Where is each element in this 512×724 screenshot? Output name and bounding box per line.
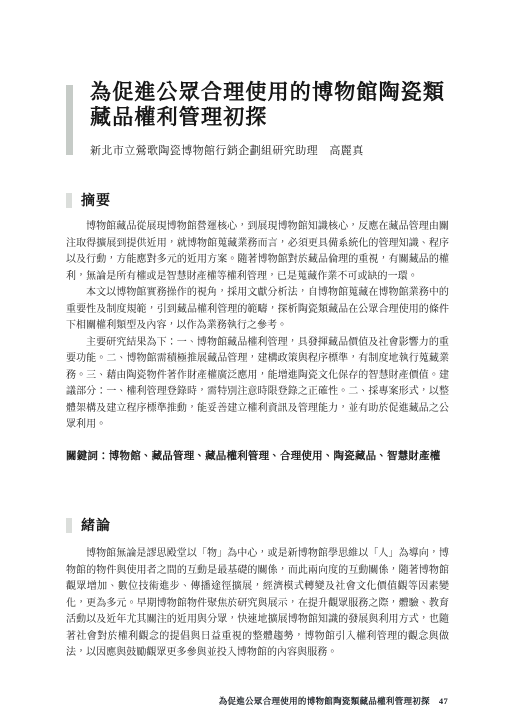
abstract-section-heading: 摘要	[66, 190, 111, 210]
footer-page-number: 47	[439, 696, 448, 706]
paper-page: 為促進公眾合理使用的博物館陶瓷類 藏品權利管理初探 新北市立鶯歌陶瓷博物館行銷企…	[0, 0, 512, 724]
intro-body: 博物館無論是謬思殿堂以「物」為中心，或是新博物館學思維以「人」為導向，博物館的物…	[66, 546, 449, 662]
abstract-heading-text: 摘要	[81, 190, 111, 210]
title-block: 為促進公眾合理使用的博物館陶瓷類 藏品權利管理初探 新北市立鶯歌陶瓷博物館行銷企…	[90, 80, 460, 158]
abstract-paragraph-2: 本文以博物館實務操作的視角，採用文獻分析法，自博物館蒐藏在博物館業務中的重要性及…	[66, 285, 449, 335]
author-affiliation: 新北市立鶯歌陶瓷博物館行銷企劃組研究助理 高麗真	[90, 142, 460, 158]
intro-heading-text: 緒論	[81, 515, 111, 535]
page-title: 為促進公眾合理使用的博物館陶瓷類 藏品權利管理初探	[90, 80, 460, 130]
abstract-body: 博物館藏品從展現博物館營運核心，到展現博物館知識核心，反應在藏品管理由關注取得擴…	[66, 219, 449, 434]
footer-running-title: 為促進公眾合理使用的博物館陶瓷類藏品權利管理初探	[219, 696, 430, 706]
page-title-line2: 藏品權利管理初探	[90, 106, 268, 129]
keywords-line: 關鍵詞：博物館、藏品管理、藏品權利管理、合理使用、陶瓷藏品、智慧財產權	[66, 448, 449, 463]
intro-paragraph-1: 博物館無論是謬思殿堂以「物」為中心，或是新博物館學思維以「人」為導向，博物館的物…	[66, 546, 449, 662]
abstract-paragraph-1: 博物館藏品從展現博物館營運核心，到展現博物館知識核心，反應在藏品管理由關注取得擴…	[66, 219, 449, 285]
heading-accent-bar	[66, 518, 72, 533]
title-accent-bar	[66, 85, 73, 155]
page-footer: 為促進公眾合理使用的博物館陶瓷類藏品權利管理初探47	[219, 695, 448, 707]
heading-accent-bar	[66, 193, 72, 208]
abstract-paragraph-3: 主要研究結果為下：一、博物館藏品權利管理，具發揮藏品價值及社會影響力的重要功能。…	[66, 335, 449, 434]
page-title-line1: 為促進公眾合理使用的博物館陶瓷類	[90, 81, 445, 104]
intro-section-heading: 緒論	[66, 515, 111, 535]
